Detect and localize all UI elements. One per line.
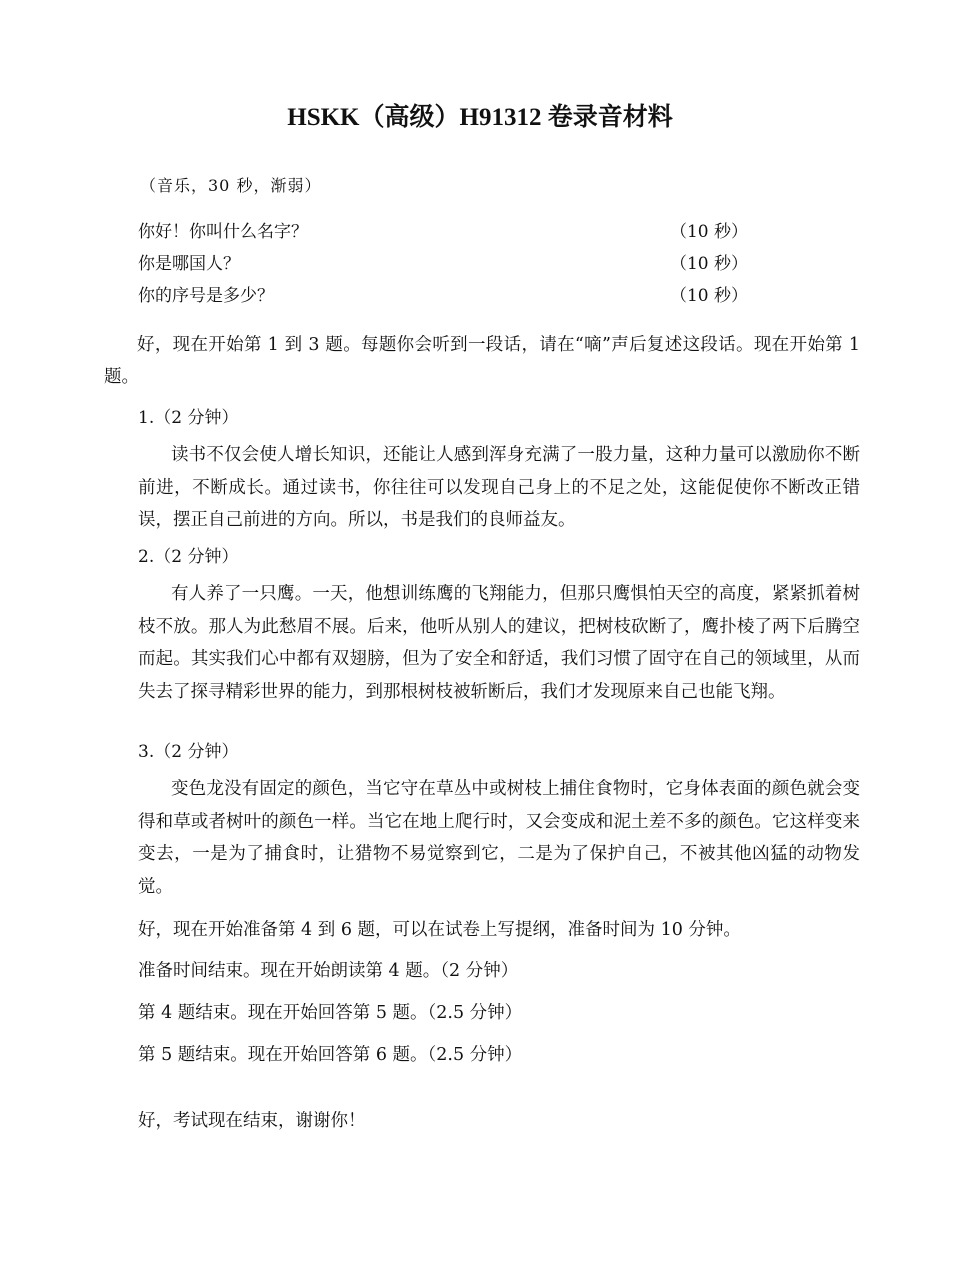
item-body: 读书不仅会使人增长知识，还能让人感到浑身充满了一股力量，这种力量可以激励你不断前… bbox=[138, 439, 860, 537]
closing-line: 好，考试现在结束，谢谢你！ bbox=[138, 1110, 366, 1132]
instruction-line: 第 5 题结束。现在开始回答第 6 题。（2.5 分钟） bbox=[138, 1044, 522, 1066]
greeting-question-text: 你好！你叫什么名字？ bbox=[138, 221, 308, 243]
item-heading: 2.（2 分钟） bbox=[138, 546, 238, 568]
greeting-question-text: 你是哪国人？ bbox=[138, 253, 240, 275]
instruction-line: 第 4 题结束。现在开始回答第 5 题。（2.5 分钟） bbox=[138, 1002, 522, 1024]
greeting-question-time: （10 秒） bbox=[670, 253, 748, 275]
item-body: 有人养了一只鹰。一天，他想训练鹰的飞翔能力，但那只鹰惧怕天空的高度，紧紧抓着树枝… bbox=[138, 578, 860, 708]
greeting-question-row: 你的序号是多少？ （10 秒） bbox=[138, 285, 748, 307]
greeting-question-row: 你好！你叫什么名字？ （10 秒） bbox=[138, 221, 748, 243]
document-page: HSKK（高级）H91312 卷录音材料 （音乐，30 秒，渐弱） 你好！你叫什… bbox=[0, 0, 960, 1278]
intro-paragraph: 好，现在开始第 1 到 3 题。每题你会听到一段话，请在“嘀”声后复述这段话。现… bbox=[104, 329, 860, 393]
instruction-line: 准备时间结束。现在开始朗读第 4 题。（2 分钟） bbox=[138, 960, 518, 982]
greeting-question-text: 你的序号是多少？ bbox=[138, 285, 274, 307]
item-heading: 1.（2 分钟） bbox=[138, 407, 238, 429]
item-body: 变色龙没有固定的颜色，当它守在草丛中或树枝上捕住食物时，它身体表面的颜色就会变得… bbox=[138, 773, 860, 903]
greeting-question-row: 你是哪国人？ （10 秒） bbox=[138, 253, 748, 275]
document-title: HSKK（高级）H91312 卷录音材料 bbox=[0, 100, 960, 136]
greeting-question-time: （10 秒） bbox=[670, 285, 748, 307]
greeting-question-time: （10 秒） bbox=[670, 221, 748, 243]
music-note: （音乐，30 秒，渐弱） bbox=[140, 175, 321, 197]
item-heading: 3.（2 分钟） bbox=[138, 741, 238, 763]
instruction-line: 好，现在开始准备第 4 到 6 题，可以在试卷上写提纲，准备时间为 10 分钟。 bbox=[138, 919, 741, 941]
